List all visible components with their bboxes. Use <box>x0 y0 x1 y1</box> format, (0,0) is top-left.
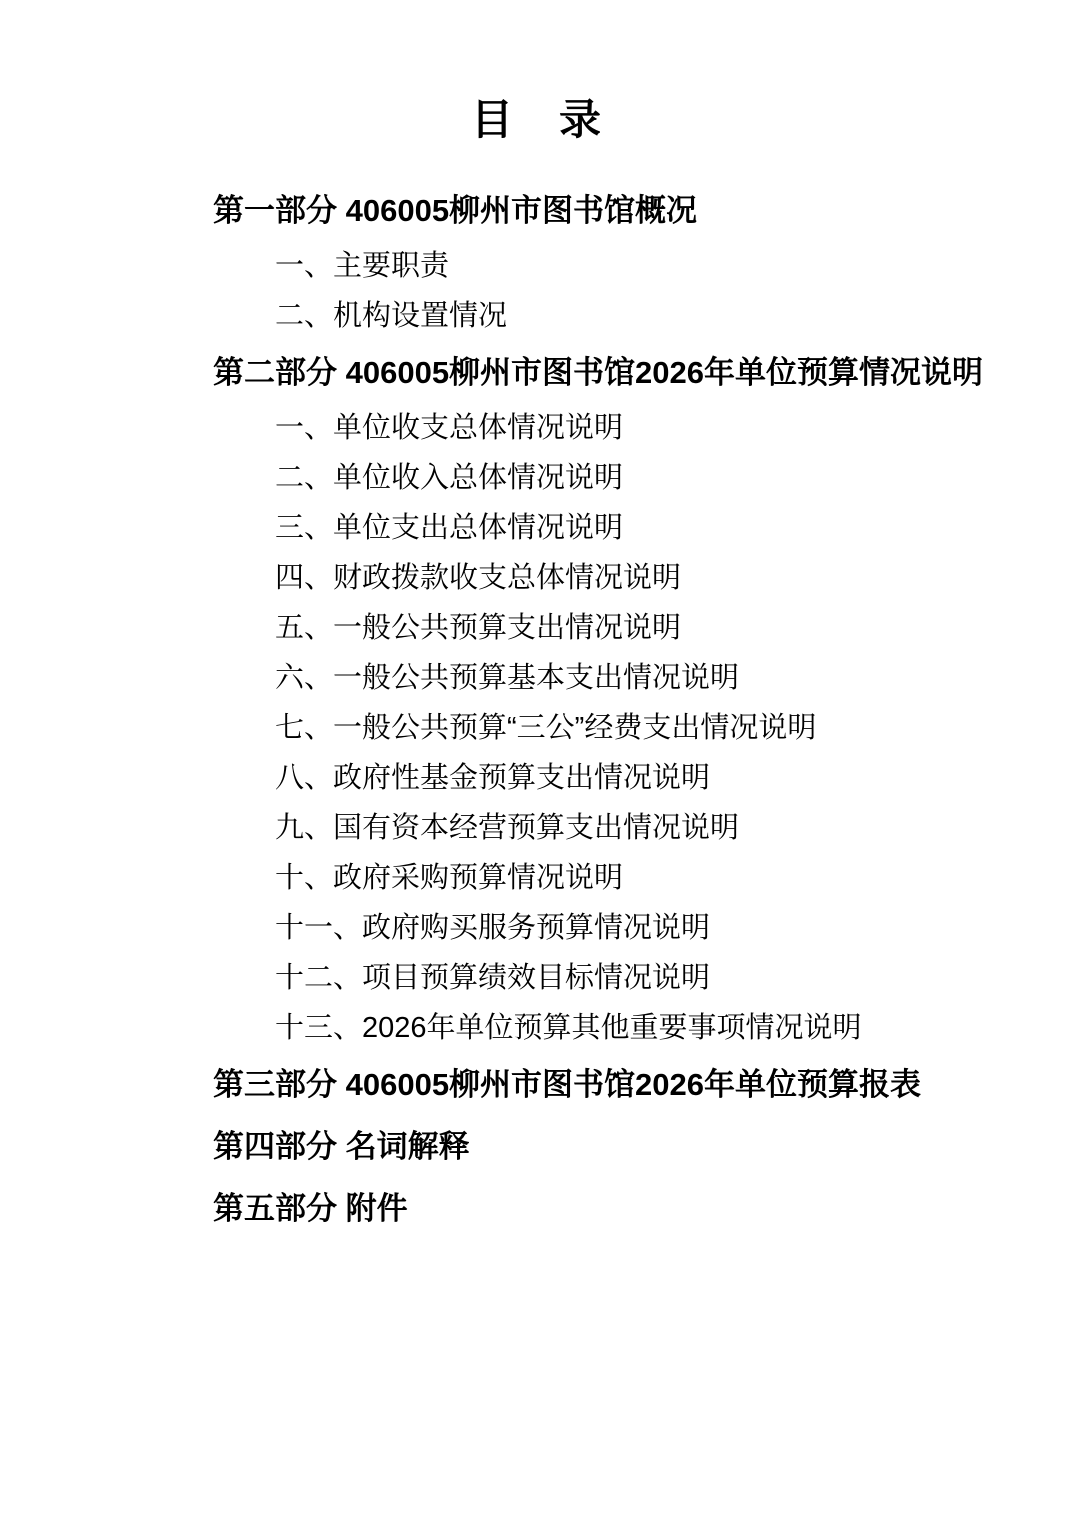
toc-entry: 十二、项目预算绩效目标情况说明 <box>213 954 1024 1004</box>
toc-entry: 六、一般公共预算基本支出情况说明 <box>213 654 1024 704</box>
toc-entry: 十三、2026年单位预算其他重要事项情况说明 <box>213 1004 1024 1054</box>
toc-list: 第一部分 406005柳州市图书馆概况 一、主要职责 二、机构设置情况 第二部分… <box>0 180 1074 1240</box>
toc-entry: 一、单位收支总体情况说明 <box>213 404 1024 454</box>
toc-entry: 七、一般公共预算“三公”经费支出情况说明 <box>213 704 1024 754</box>
toc-entry: 四、财政拨款收支总体情况说明 <box>213 554 1024 604</box>
toc-entry: 九、国有资本经营预算支出情况说明 <box>213 804 1024 854</box>
toc-entry: 三、单位支出总体情况说明 <box>213 504 1024 554</box>
page-title: 目 录 <box>0 0 1074 144</box>
toc-entry: 五、一般公共预算支出情况说明 <box>213 604 1024 654</box>
toc-entry: 二、单位收入总体情况说明 <box>213 454 1024 504</box>
toc-part-2: 第二部分 406005柳州市图书馆2026年单位预算情况说明 <box>213 342 1024 404</box>
toc-part-3: 第三部分 406005柳州市图书馆2026年单位预算报表 <box>213 1054 1024 1116</box>
toc-entry: 八、政府性基金预算支出情况说明 <box>213 754 1024 804</box>
toc-entry: 十一、政府购买服务预算情况说明 <box>213 904 1024 954</box>
toc-part-1: 第一部分 406005柳州市图书馆概况 <box>213 180 1024 242</box>
toc-part-5: 第五部分 附件 <box>213 1178 1024 1240</box>
toc-entry: 一、主要职责 <box>213 242 1024 292</box>
toc-part-4: 第四部分 名词解释 <box>213 1116 1024 1178</box>
toc-entry: 十、政府采购预算情况说明 <box>213 854 1024 904</box>
toc-entry: 二、机构设置情况 <box>213 292 1024 342</box>
document-page: 目 录 第一部分 406005柳州市图书馆概况 一、主要职责 二、机构设置情况 … <box>0 0 1074 1520</box>
